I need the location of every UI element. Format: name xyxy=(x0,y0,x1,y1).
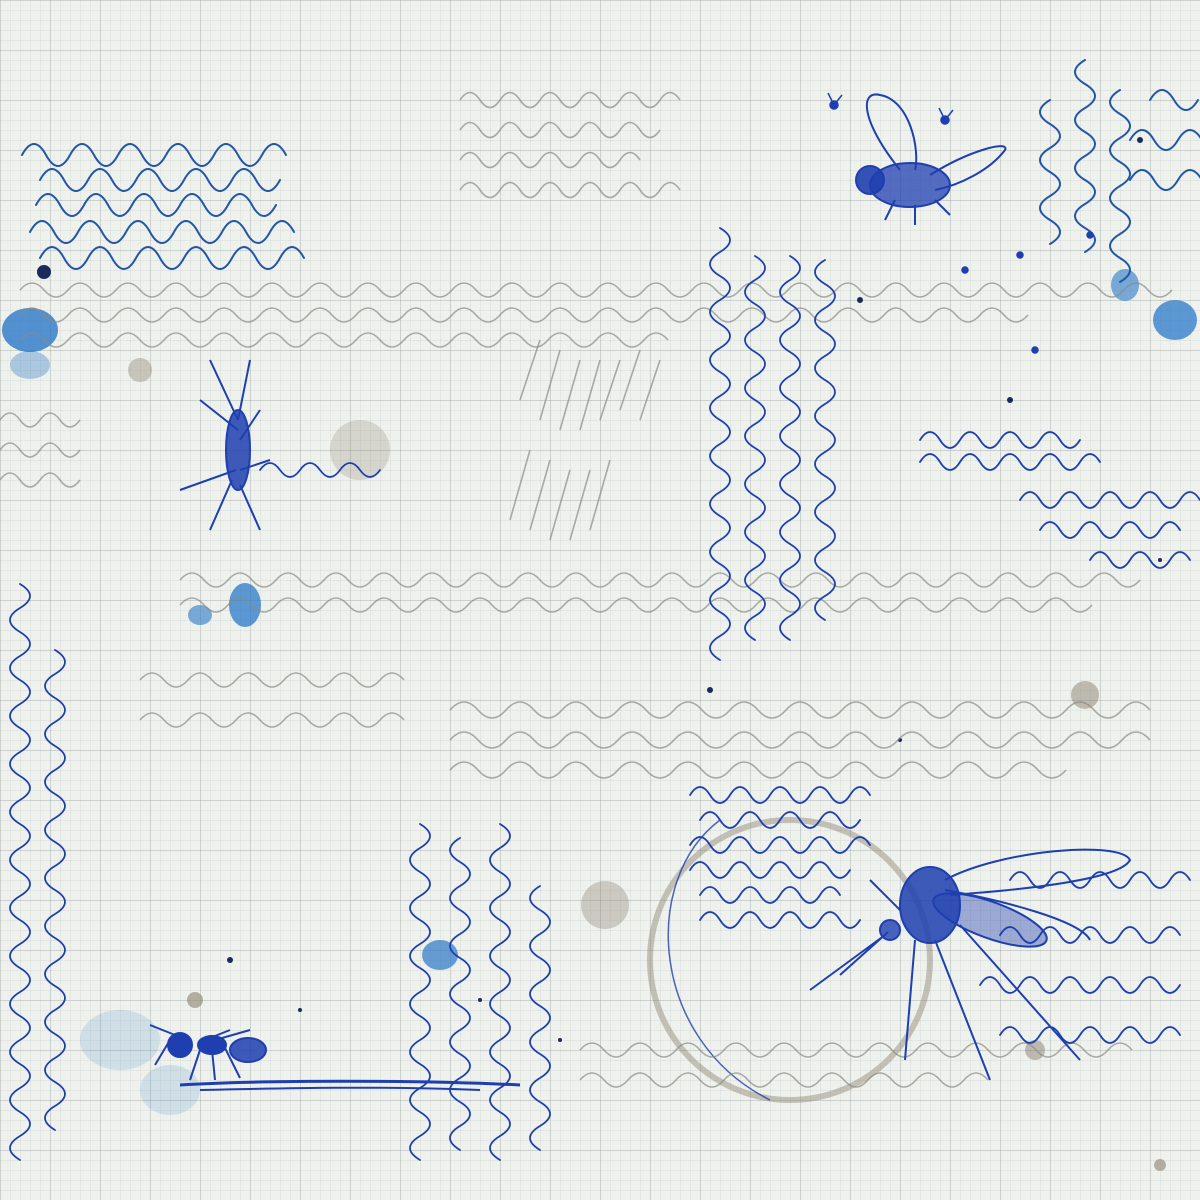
artwork-canvas xyxy=(0,0,1200,1200)
spider-sketch xyxy=(180,360,270,530)
small-flies xyxy=(828,93,1093,353)
mosquito-sketch xyxy=(810,850,1130,1080)
ant-sketch xyxy=(150,1025,520,1090)
insects-layer xyxy=(0,0,1200,1200)
fly-sketch xyxy=(856,94,1005,225)
